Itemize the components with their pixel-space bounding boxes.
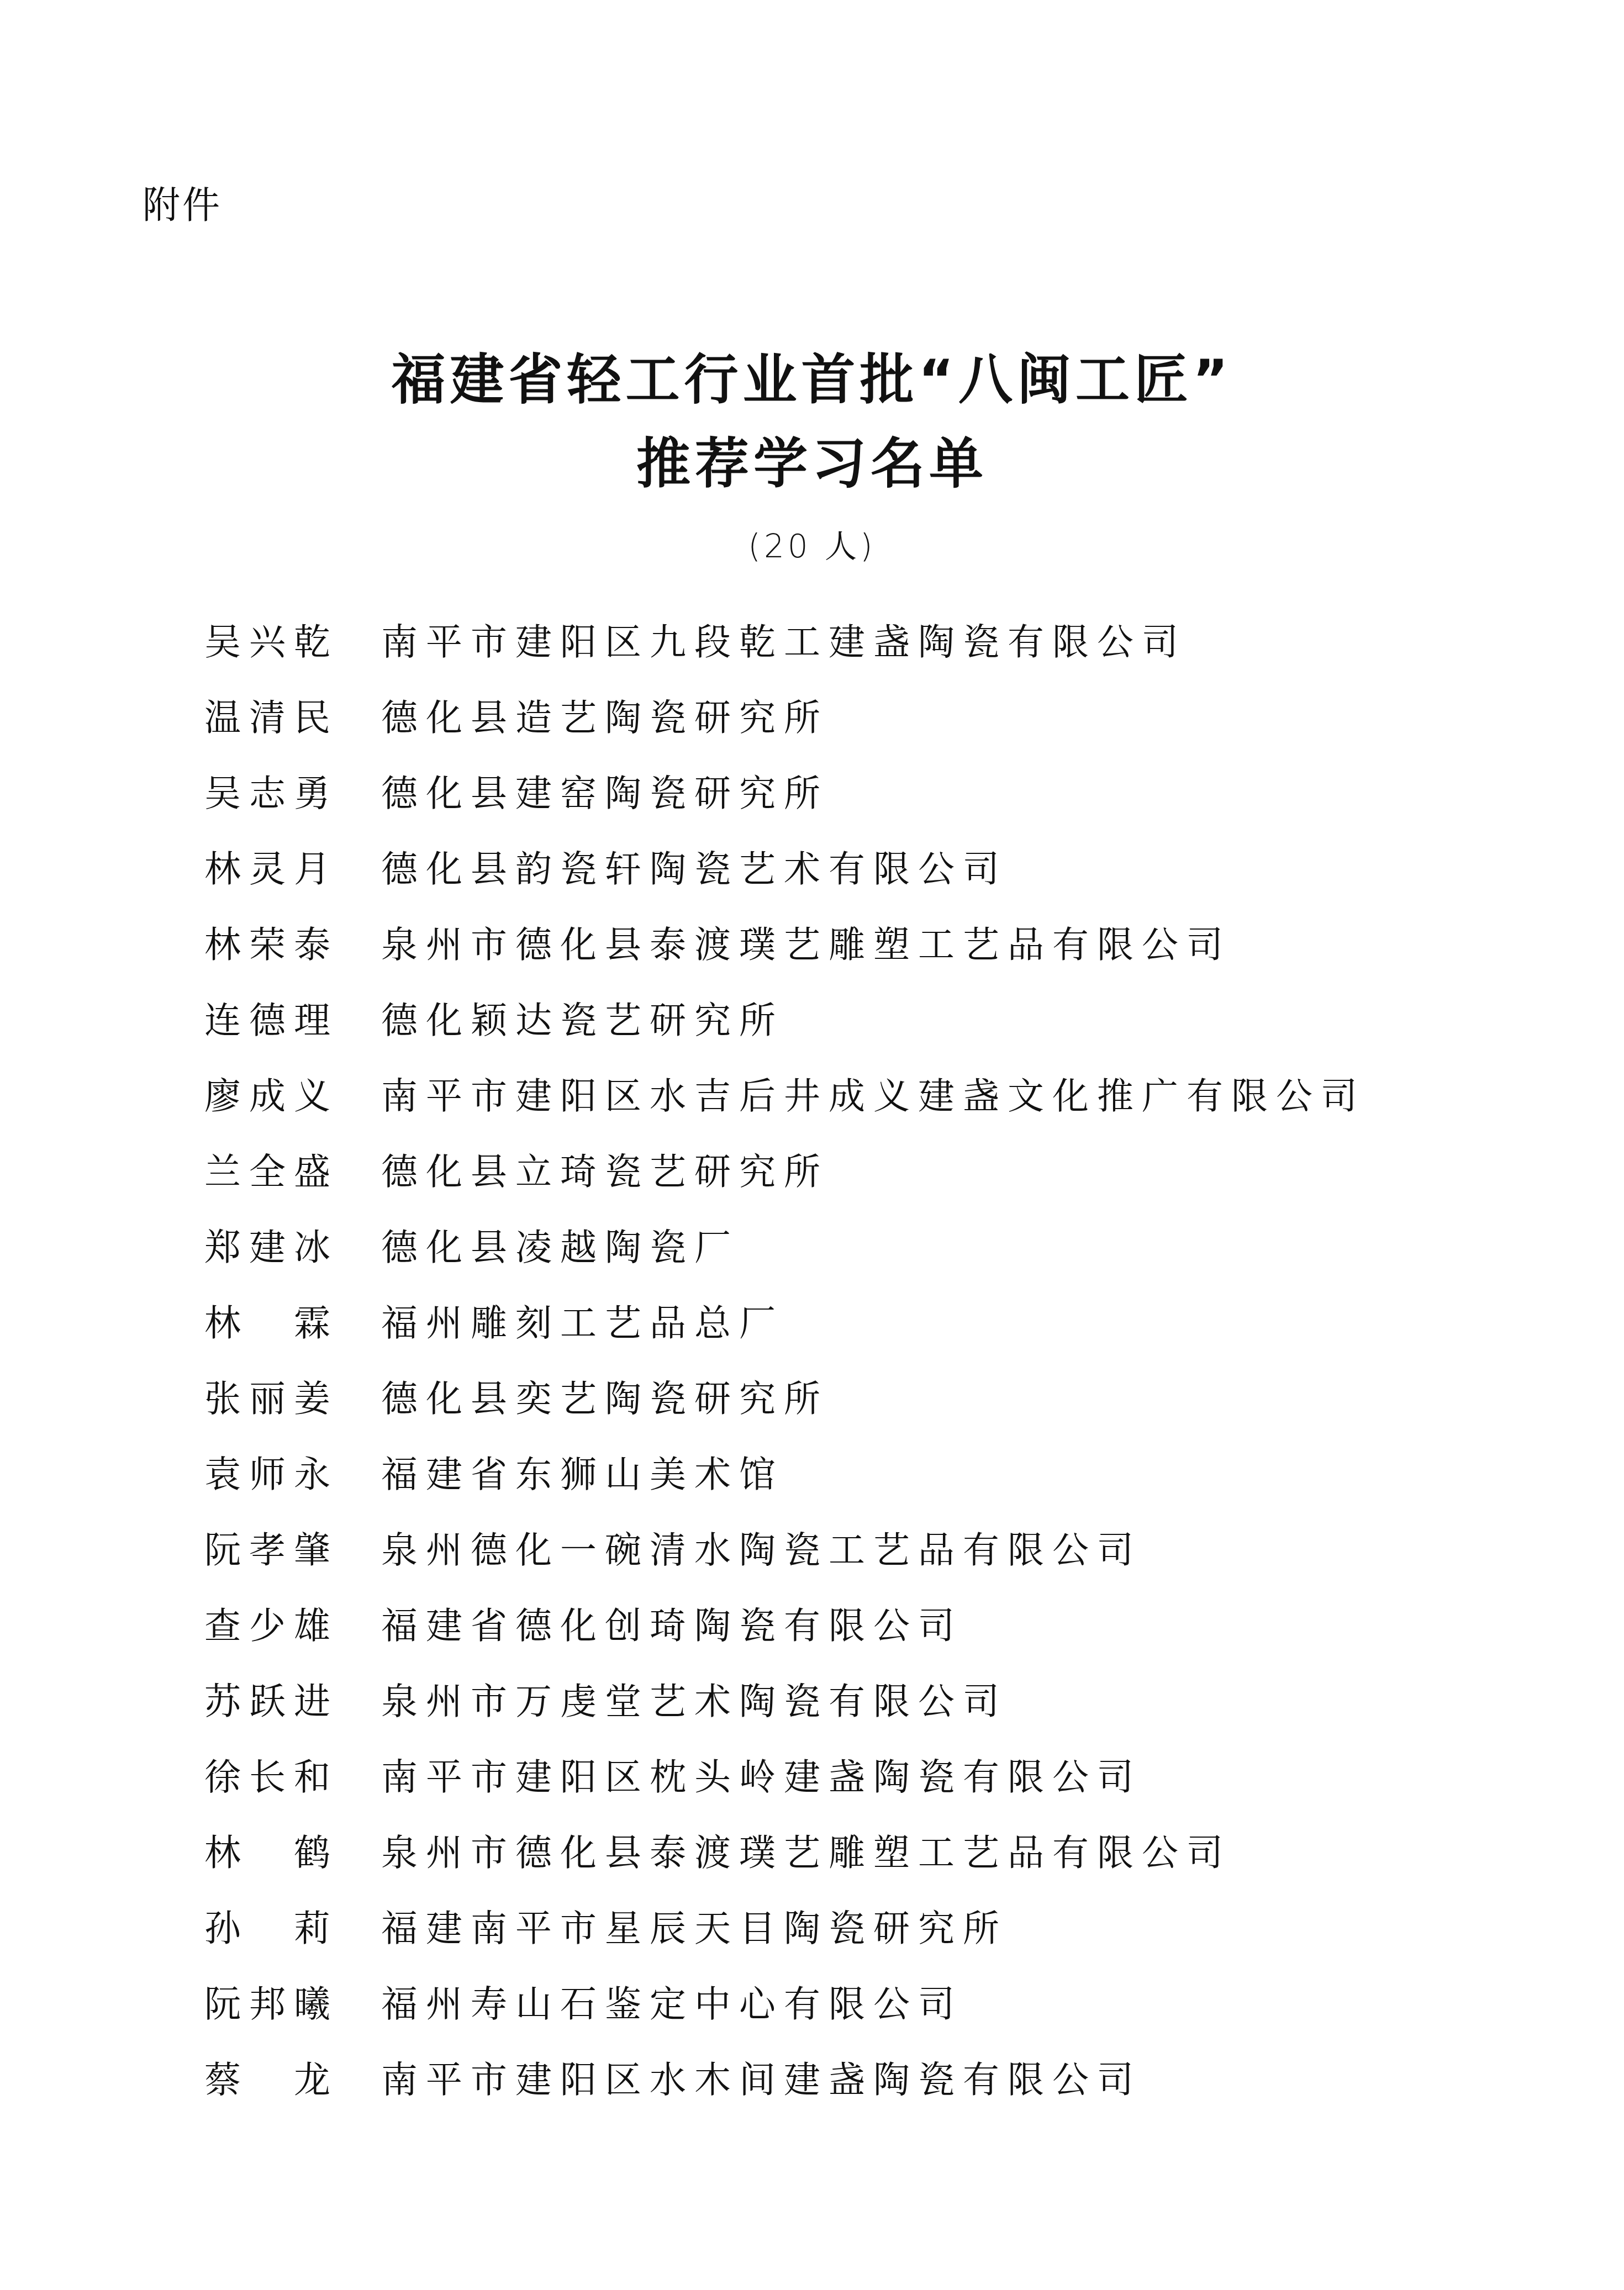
list-item: 阮邦曦 福州寿山石鉴定中心有限公司	[204, 1963, 1514, 2039]
list-item: 吴志勇 德化县建窑陶瓷研究所	[204, 752, 1514, 828]
recommendation-list: 吴兴乾 南平市建阳区九段乾工建盏陶瓷有限公司 温清民 德化县造艺陶瓷研究所 吴志…	[204, 601, 1514, 2114]
list-item: 林灵月 德化县韵瓷轩陶瓷艺术有限公司	[204, 828, 1514, 904]
person-name: 郑建冰	[204, 1218, 381, 1270]
list-item: 林 鹤 泉州市德化县泰渡璞艺雕塑工艺品有限公司	[204, 1812, 1514, 1887]
person-organization: 泉州市德化县泰渡璞艺雕塑工艺品有限公司	[381, 1823, 1514, 1876]
list-item: 林荣泰 泉州市德化县泰渡璞艺雕塑工艺品有限公司	[204, 904, 1514, 979]
person-name: 苏跃进	[204, 1672, 381, 1724]
person-organization: 德化县凌越陶瓷厂	[381, 1218, 1514, 1270]
person-organization: 德化县立琦瓷艺研究所	[381, 1142, 1514, 1195]
person-name: 连德理	[204, 991, 381, 1043]
person-organization: 南平市建阳区水木间建盏陶瓷有限公司	[381, 2050, 1514, 2103]
person-name: 林 鹤	[204, 1823, 381, 1876]
person-organization: 泉州德化一碗清水陶瓷工艺品有限公司	[381, 1521, 1514, 1573]
person-organization: 德化颖达瓷艺研究所	[381, 991, 1514, 1043]
person-organization: 南平市建阳区水吉后井成义建盏文化推广有限公司	[381, 1067, 1514, 1119]
person-name: 孙 莉	[204, 1899, 381, 1951]
person-name: 张丽姜	[204, 1369, 381, 1422]
list-item: 苏跃进 泉州市万虔堂艺术陶瓷有限公司	[204, 1660, 1514, 1736]
person-organization: 福建省德化创琦陶瓷有限公司	[381, 1596, 1514, 1649]
document-title-line1: 福建省轻工行业首批“八闽工匠”	[0, 338, 1624, 422]
person-name: 温清民	[204, 688, 381, 741]
document-title-line2: 推荐学习名单	[0, 422, 1624, 506]
count-note: (20 人)	[0, 520, 1624, 567]
document-title: 福建省轻工行业首批“八闽工匠” 推荐学习名单	[0, 338, 1624, 506]
list-item: 张丽姜 德化县奕艺陶瓷研究所	[204, 1358, 1514, 1433]
list-item: 温清民 德化县造艺陶瓷研究所	[204, 677, 1514, 752]
person-name: 吴兴乾	[204, 613, 381, 665]
person-name: 查少雄	[204, 1596, 381, 1649]
person-name: 袁师永	[204, 1445, 381, 1497]
list-item: 吴兴乾 南平市建阳区九段乾工建盏陶瓷有限公司	[204, 601, 1514, 677]
list-item: 袁师永 福建省东狮山美术馆	[204, 1433, 1514, 1509]
person-name: 蔡 龙	[204, 2050, 381, 2103]
list-item: 查少雄 福建省德化创琦陶瓷有限公司	[204, 1585, 1514, 1660]
person-name: 林荣泰	[204, 915, 381, 968]
list-item: 林 霖 福州雕刻工艺品总厂	[204, 1282, 1514, 1358]
person-name: 徐长和	[204, 1748, 381, 1800]
document-page: 附件 福建省轻工行业首批“八闽工匠” 推荐学习名单 (20 人) 吴兴乾 南平市…	[0, 0, 1624, 2290]
person-name: 阮孝肇	[204, 1521, 381, 1573]
person-organization: 南平市建阳区九段乾工建盏陶瓷有限公司	[381, 613, 1514, 665]
person-name: 兰全盛	[204, 1142, 381, 1195]
list-item: 兰全盛 德化县立琦瓷艺研究所	[204, 1131, 1514, 1206]
list-item: 连德理 德化颖达瓷艺研究所	[204, 979, 1514, 1055]
person-organization: 德化县韵瓷轩陶瓷艺术有限公司	[381, 840, 1514, 892]
person-organization: 德化县建窑陶瓷研究所	[381, 764, 1514, 816]
person-organization: 德化县造艺陶瓷研究所	[381, 688, 1514, 741]
person-name: 吴志勇	[204, 764, 381, 816]
person-name: 阮邦曦	[204, 1975, 381, 2027]
person-name: 林灵月	[204, 840, 381, 892]
person-name: 廖成义	[204, 1067, 381, 1119]
attachment-label: 附件	[143, 176, 222, 229]
list-item: 阮孝肇 泉州德化一碗清水陶瓷工艺品有限公司	[204, 1509, 1514, 1585]
list-item: 徐长和 南平市建阳区枕头岭建盏陶瓷有限公司	[204, 1736, 1514, 1812]
list-item: 郑建冰 德化县凌越陶瓷厂	[204, 1206, 1514, 1282]
person-organization: 福州雕刻工艺品总厂	[381, 1294, 1514, 1346]
person-organization: 福州寿山石鉴定中心有限公司	[381, 1975, 1514, 2027]
person-organization: 福建省东狮山美术馆	[381, 1445, 1514, 1497]
list-item: 蔡 龙 南平市建阳区水木间建盏陶瓷有限公司	[204, 2039, 1514, 2114]
person-name: 林 霖	[204, 1294, 381, 1346]
person-organization: 南平市建阳区枕头岭建盏陶瓷有限公司	[381, 1748, 1514, 1800]
list-item: 孙 莉 福建南平市星辰天目陶瓷研究所	[204, 1887, 1514, 1963]
person-organization: 泉州市万虔堂艺术陶瓷有限公司	[381, 1672, 1514, 1724]
person-organization: 泉州市德化县泰渡璞艺雕塑工艺品有限公司	[381, 915, 1514, 968]
person-organization: 福建南平市星辰天目陶瓷研究所	[381, 1899, 1514, 1951]
list-item: 廖成义 南平市建阳区水吉后井成义建盏文化推广有限公司	[204, 1055, 1514, 1131]
person-organization: 德化县奕艺陶瓷研究所	[381, 1369, 1514, 1422]
